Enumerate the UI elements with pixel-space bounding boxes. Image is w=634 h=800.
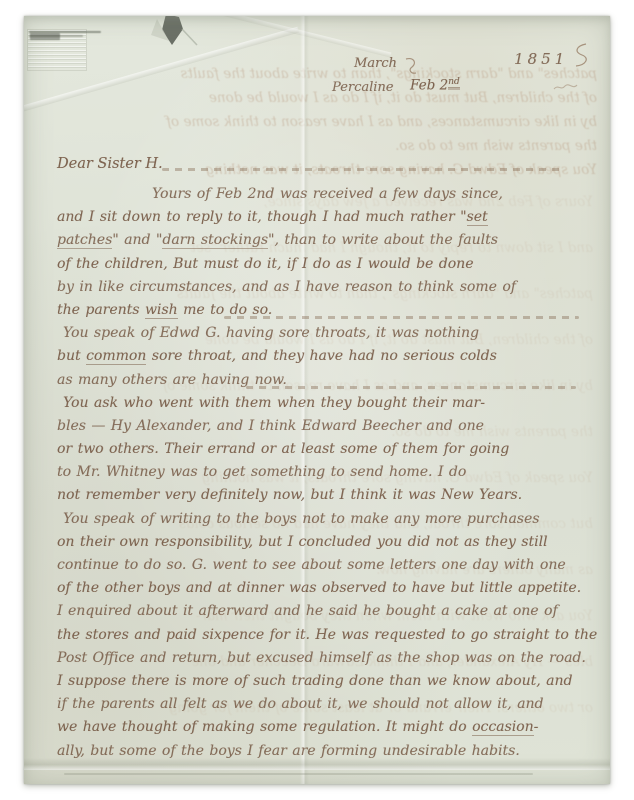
bleedthrough-line: of the children, But must do it, if I do… [52, 90, 597, 106]
pen-flourish [552, 80, 578, 94]
letter-line: Yours of Feb 2nd was received a few days… [57, 186, 597, 209]
date-day: Feb 2 [410, 78, 448, 94]
letter-line: You speak of writing to the boys not to … [57, 511, 597, 534]
bleedthrough-line: by in like circumstances, and as I have … [52, 114, 597, 130]
letter-line: I suppose there is more of such trading … [57, 673, 597, 696]
date-ordinal-suffix: nd [448, 77, 460, 88]
pen-filler-line [162, 168, 562, 171]
letter-line: and I sit down to reply to it, though I … [57, 209, 597, 232]
letter-line: You ask who went with them when they bou… [57, 395, 597, 418]
scanned-letter-page: patches" and "darn stockings", than to w… [0, 0, 634, 800]
place-name: Percaline [332, 80, 393, 95]
letter-line: but common sore throat, and they have ha… [57, 348, 597, 371]
pen-filler-line [224, 316, 579, 319]
letter-body: Yours of Feb 2nd was received a few days… [57, 186, 597, 766]
letter-line: we have thought of making some regulatio… [57, 719, 597, 742]
letter-line: as many others are having now. [57, 372, 597, 395]
letter-line: to Mr. Whitney was to get something to s… [57, 464, 597, 487]
letter-line: ally, but some of the boys I fear are fo… [57, 743, 597, 766]
letter-line: or two others. Their errand or at least … [57, 441, 597, 464]
greeting: Dear Sister H. [57, 156, 163, 172]
letter-paper-sheet: patches" and "darn stockings", than to w… [24, 16, 610, 784]
letter-line: bles — Hy Alexander, and I think Edward … [57, 418, 597, 441]
pen-flourish [402, 56, 420, 76]
date-inserted-month: March [354, 56, 397, 71]
paper-crease [64, 773, 533, 775]
bleedthrough-line: the parents wish me to do so. [52, 138, 597, 154]
paper-tear [148, 16, 198, 56]
letter-line: not remember very definitely now, but I … [57, 487, 597, 510]
letter-line: You speak of Edwd G. having sore throats… [57, 325, 597, 348]
letter-line: continue to do so. G. went to see about … [57, 557, 597, 580]
letter-line: the parents wish me to do so. [57, 302, 597, 325]
letter-line: by in like circumstances, and as I have … [57, 279, 597, 302]
letter-line: I enquired about it afterward and he sai… [57, 603, 597, 626]
scratch-mark [30, 33, 60, 40]
date-line: Feb 2nd [410, 77, 460, 94]
letter-line: Post Office and return, but excused hims… [57, 650, 597, 673]
letter-line: on their own responsibility, but I concl… [57, 534, 597, 557]
letter-line: of the children, But must do it, if I do… [57, 256, 597, 279]
letter-line: if the parents all felt as we do about i… [57, 696, 597, 719]
bleedthrough-line: patches" and "darn stockings", than to w… [52, 66, 597, 82]
pen-flourish [570, 42, 592, 68]
letter-line: the stores and paid sixpence for it. He … [57, 627, 597, 650]
letter-line: of the other boys and at dinner was obse… [57, 580, 597, 603]
paper-crease [177, 16, 392, 58]
year: 1851 [514, 50, 568, 68]
letter-line: patches" and "darn stockings", than to w… [57, 232, 597, 255]
pen-filler-line [246, 386, 576, 389]
